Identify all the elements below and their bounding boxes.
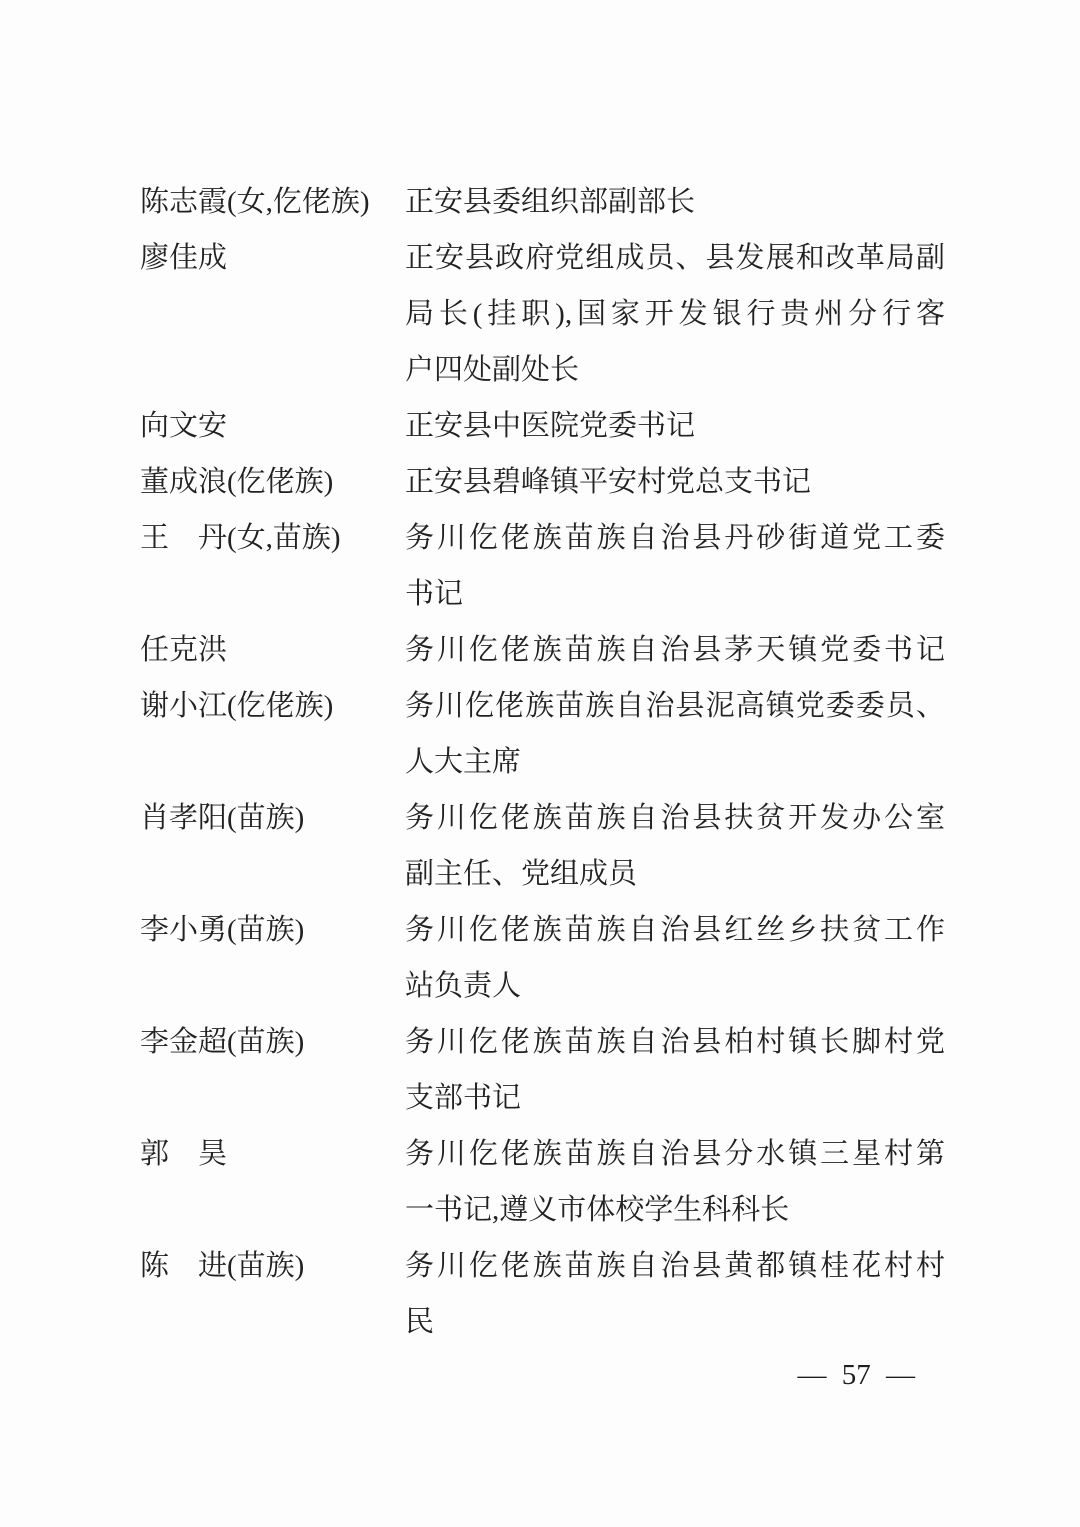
position-line: 正安县政府党组成员、县发展和改革局副 [405,230,945,286]
person-name: 谢小江(仡佬族) [140,678,405,734]
position-line: 务川仡佬族苗族自治县扶贫开发办公室 [405,790,945,846]
position-line: 务川仡佬族苗族自治县柏村镇长脚村党 [405,1014,945,1070]
position-line: 务川仡佬族苗族自治县丹砂街道党工委 [405,510,945,566]
person-name: 李金超(苗族) [140,1014,405,1070]
person-name: 肖孝阳(苗族) [140,790,405,846]
person-position: 务川仡佬族苗族自治县黄都镇桂花村村民 [405,1238,945,1350]
document-page: 陈志霞(女,仡佬族)正安县委组织部副部长廖佳成正安县政府党组成员、县发展和改革局… [0,0,1080,1527]
page-number: — 57 — [140,1350,1080,1400]
person-name: 王 丹(女,苗族) [140,510,405,566]
position-line: 正安县委组织部副部长 [405,174,945,230]
position-line: 务川仡佬族苗族自治县泥高镇党委委员、 [405,678,945,734]
person-name: 陈志霞(女,仡佬族) [140,174,405,230]
list-item: 廖佳成正安县政府党组成员、县发展和改革局副局长(挂职),国家开发银行贵州分行客户… [140,230,945,398]
position-line: 副主任、党组成员 [405,846,945,902]
position-line: 正安县碧峰镇平安村党总支书记 [405,454,945,510]
list-item: 董成浪(仡佬族)正安县碧峰镇平安村党总支书记 [140,454,945,510]
person-position: 务川仡佬族苗族自治县扶贫开发办公室副主任、党组成员 [405,790,945,902]
position-line: 户四处副处长 [405,342,945,398]
list-item: 王 丹(女,苗族)务川仡佬族苗族自治县丹砂街道党工委书记 [140,510,945,622]
position-line: 正安县中医院党委书记 [405,398,945,454]
list-item: 陈 进(苗族)务川仡佬族苗族自治县黄都镇桂花村村民 [140,1238,945,1350]
person-position: 务川仡佬族苗族自治县分水镇三星村第一书记,遵义市体校学生科科长 [405,1126,945,1238]
list-item: 郭 昊务川仡佬族苗族自治县分水镇三星村第一书记,遵义市体校学生科科长 [140,1126,945,1238]
person-position: 务川仡佬族苗族自治县茅天镇党委书记 [405,622,945,678]
list-item: 李金超(苗族)务川仡佬族苗族自治县柏村镇长脚村党支部书记 [140,1014,945,1126]
person-position: 务川仡佬族苗族自治县柏村镇长脚村党支部书记 [405,1014,945,1126]
list-item: 任克洪务川仡佬族苗族自治县茅天镇党委书记 [140,622,945,678]
list-item: 向文安正安县中医院党委书记 [140,398,945,454]
list-item: 肖孝阳(苗族)务川仡佬族苗族自治县扶贫开发办公室副主任、党组成员 [140,790,945,902]
person-name: 郭 昊 [140,1126,405,1182]
position-line: 局长(挂职),国家开发银行贵州分行客 [405,286,945,342]
person-position: 正安县中医院党委书记 [405,398,945,454]
position-line: 书记 [405,566,945,622]
position-line: 务川仡佬族苗族自治县红丝乡扶贫工作 [405,902,945,958]
list-item: 李小勇(苗族)务川仡佬族苗族自治县红丝乡扶贫工作站负责人 [140,902,945,1014]
list-item: 陈志霞(女,仡佬族)正安县委组织部副部长 [140,174,945,230]
person-position: 务川仡佬族苗族自治县红丝乡扶贫工作站负责人 [405,902,945,1014]
person-position: 正安县碧峰镇平安村党总支书记 [405,454,945,510]
person-name: 廖佳成 [140,230,405,286]
person-position: 务川仡佬族苗族自治县泥高镇党委委员、人大主席 [405,678,945,790]
list-item: 谢小江(仡佬族)务川仡佬族苗族自治县泥高镇党委委员、人大主席 [140,678,945,790]
person-position: 务川仡佬族苗族自治县丹砂街道党工委书记 [405,510,945,622]
position-line: 民 [405,1294,945,1350]
person-name: 陈 进(苗族) [140,1238,405,1294]
person-name: 任克洪 [140,622,405,678]
position-line: 务川仡佬族苗族自治县茅天镇党委书记 [405,622,945,678]
position-line: 务川仡佬族苗族自治县分水镇三星村第 [405,1126,945,1182]
person-name: 李小勇(苗族) [140,902,405,958]
position-line: 一书记,遵义市体校学生科科长 [405,1182,945,1238]
position-line: 支部书记 [405,1070,945,1126]
position-line: 人大主席 [405,734,945,790]
position-line: 站负责人 [405,958,945,1014]
position-line: 务川仡佬族苗族自治县黄都镇桂花村村 [405,1238,945,1294]
person-name: 董成浪(仡佬族) [140,454,405,510]
entries-list: 陈志霞(女,仡佬族)正安县委组织部副部长廖佳成正安县政府党组成员、县发展和改革局… [140,174,945,1350]
person-position: 正安县政府党组成员、县发展和改革局副局长(挂职),国家开发银行贵州分行客户四处副… [405,230,945,398]
person-name: 向文安 [140,398,405,454]
person-position: 正安县委组织部副部长 [405,174,945,230]
